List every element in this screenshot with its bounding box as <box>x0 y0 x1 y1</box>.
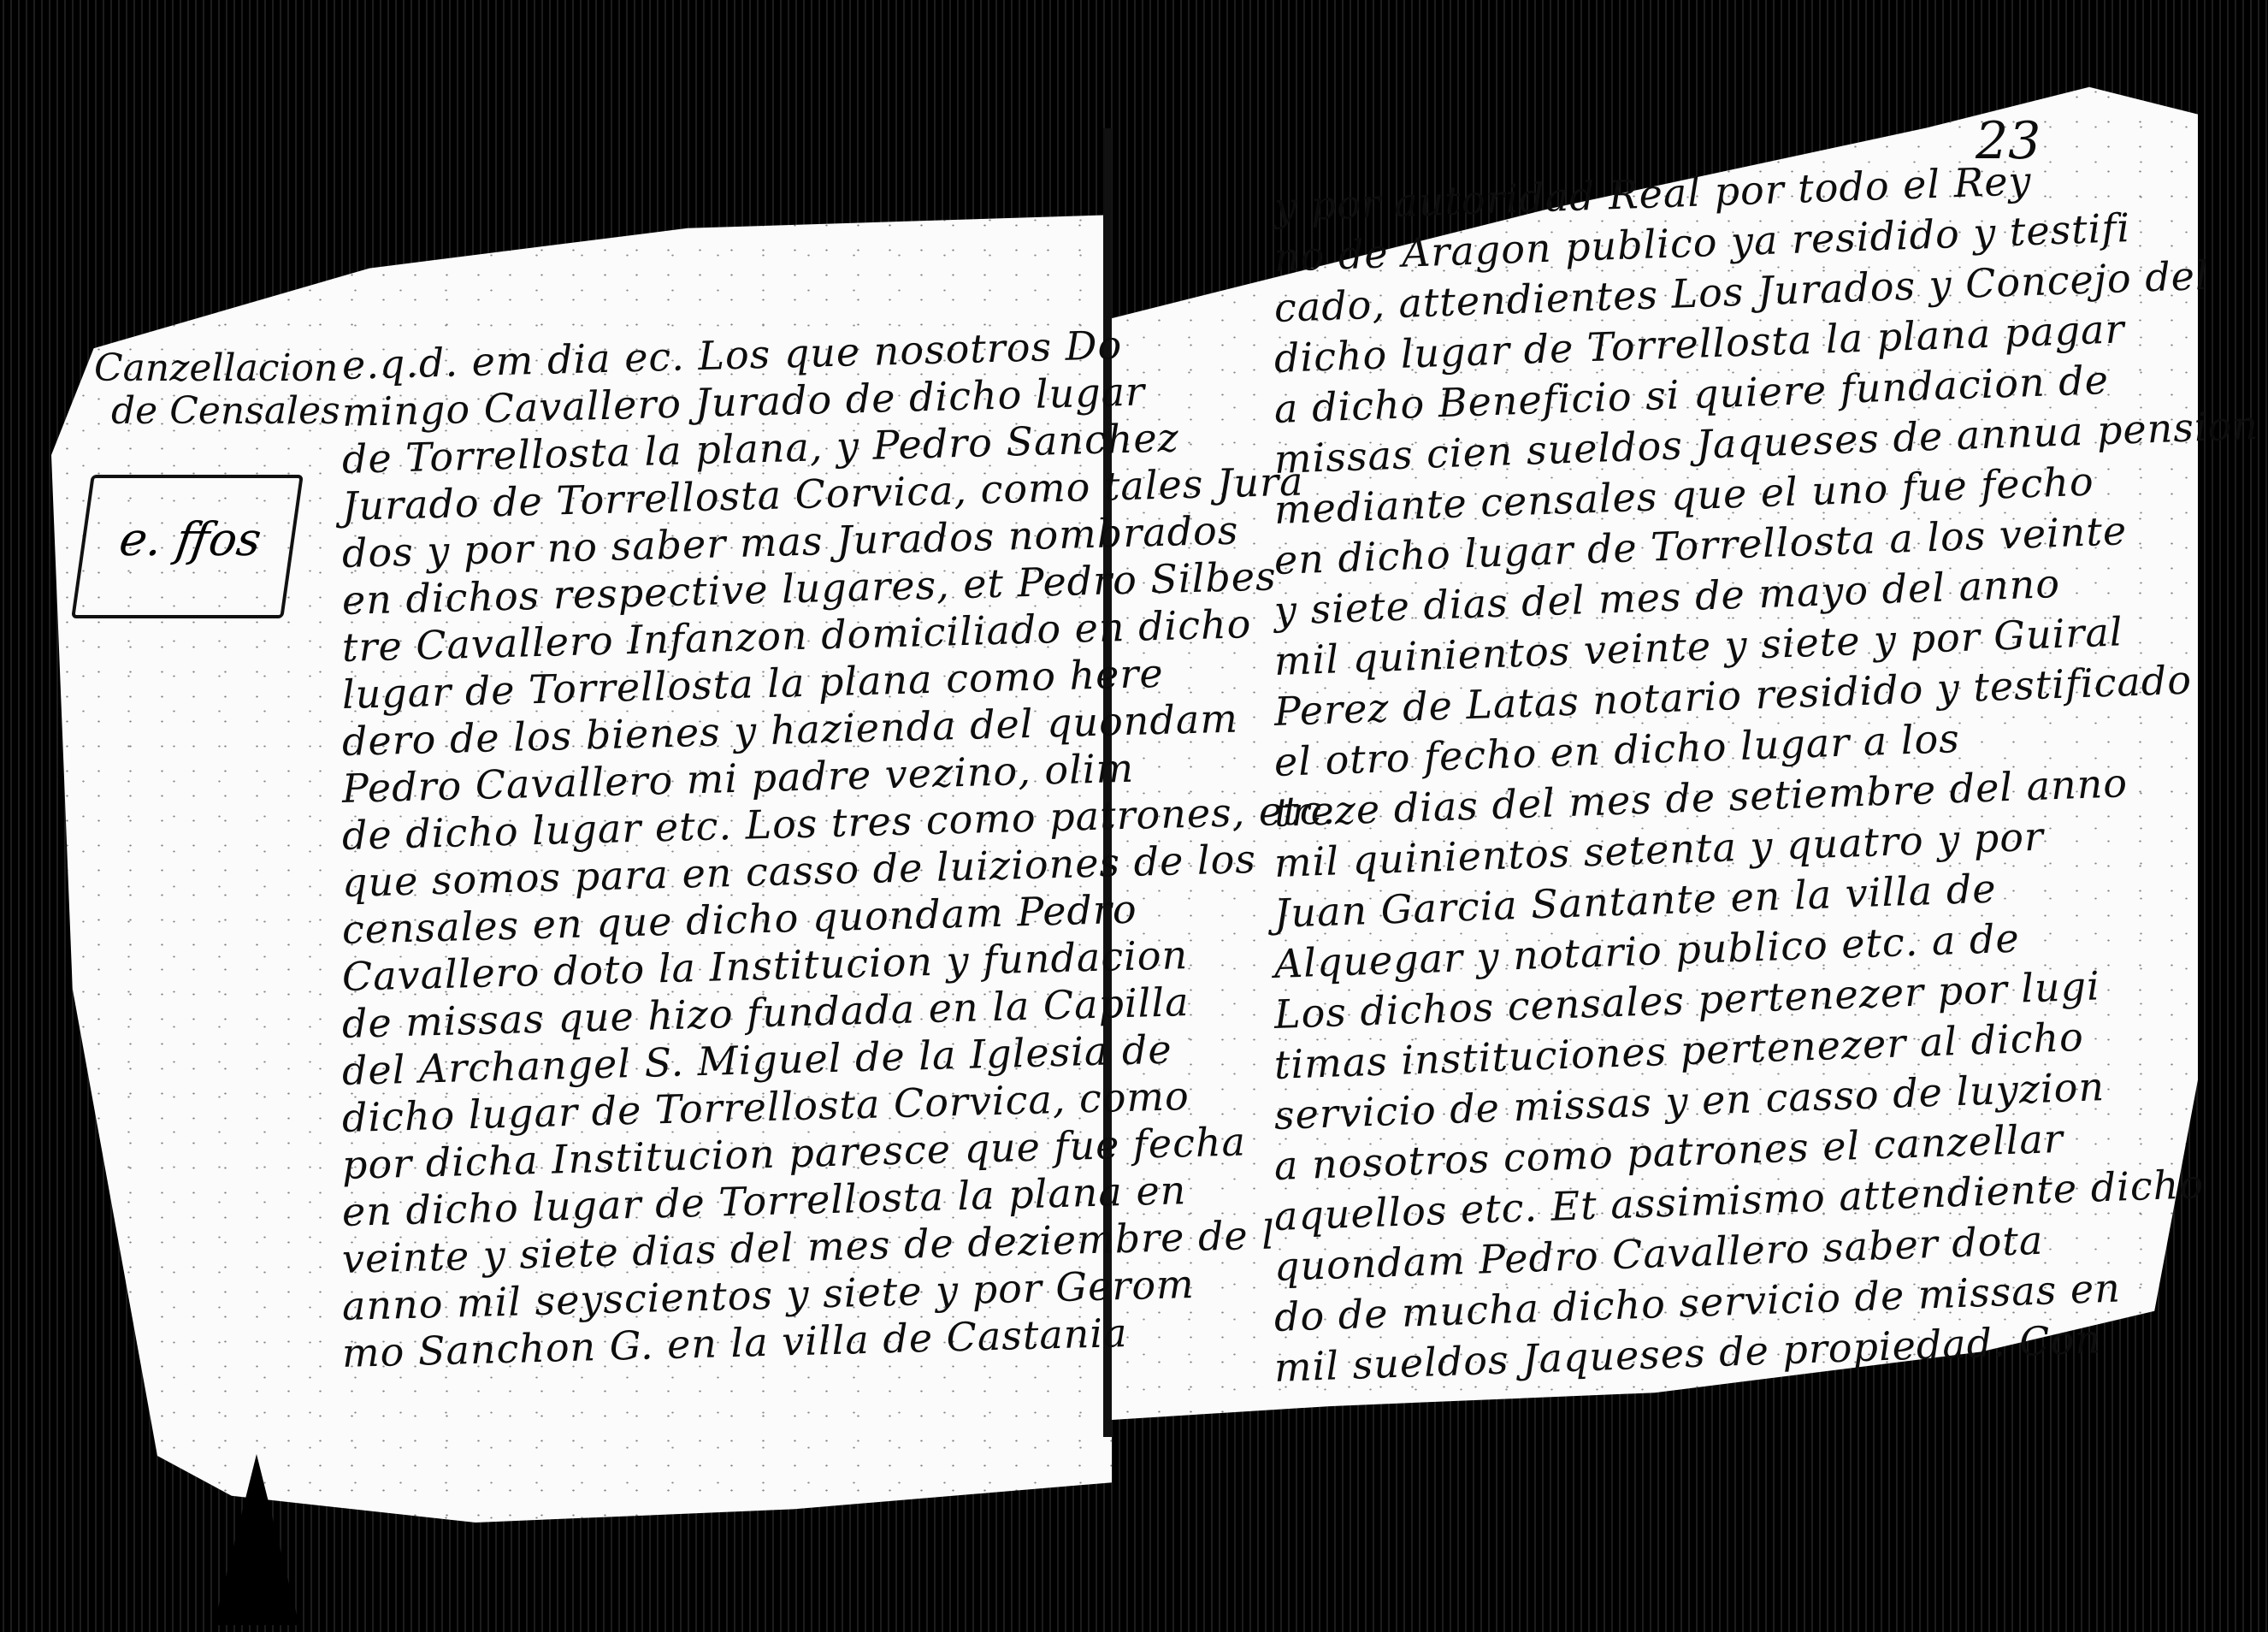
marginal-box-text: e. ffos <box>116 512 265 566</box>
marginal-box: e. ffos <box>71 475 304 618</box>
margin-note-1: Canzellacion <box>94 346 338 390</box>
margin-note-2: de Censales <box>111 389 340 433</box>
